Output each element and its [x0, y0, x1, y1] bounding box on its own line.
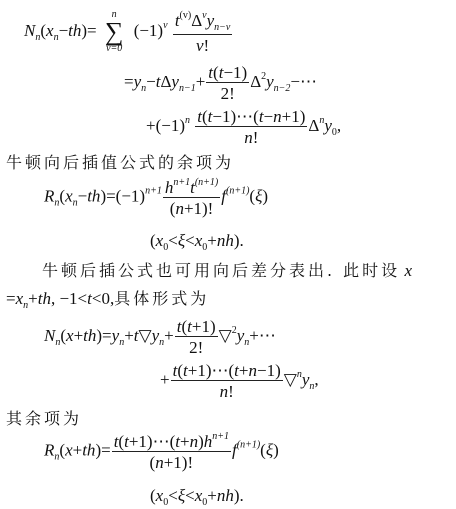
- equation-remainder-condition-1: (x0<ξ<x0+nh).: [150, 232, 244, 253]
- equation-newton-backward: Nn(xn−th)= n∑v=0 (−1)v t(v)Δvyn−vv!: [24, 10, 233, 54]
- equation-remainder-condition-2: (x0<ξ<x0+nh).: [150, 487, 244, 508]
- paragraph-remainder-intro: 牛顿向后插值公式的余项为: [6, 155, 234, 171]
- equation-remainder-forward: Rn(x+th)=t(t+1)⋯(t+n)hn+1(n+1)!f(n+1)(ξ): [44, 432, 279, 471]
- paragraph-backward-difference-cont: =xn+th, −1<t<0,具体形式为: [6, 290, 209, 311]
- equation-newton-nabla: Nn(x+th)=yn+t▽yn+t(t+1)2!▽2yn+⋯: [44, 318, 276, 356]
- equation-remainder-backward: Rn(xn−th)=(−1)n+1hn+1t(n+1)(n+1)!f(n+1)(…: [44, 178, 268, 217]
- paragraph-backward-difference: 牛顿后插公式也可用向后差分表出. 此时设 x: [42, 262, 412, 279]
- equation-nabla-expansion: +t(t+1)⋯(t+n−1)n!▽nyn,: [160, 362, 319, 400]
- equation-expansion-line-2: +(−1)n t(t−1)⋯(t−n+1)n!Δny0,: [146, 108, 341, 146]
- equation-expansion-line-1: =yn−tΔyn−1+t(t−1)2!Δ2yn−2−⋯: [124, 64, 317, 102]
- paragraph-its-remainder: 其余项为: [6, 411, 82, 427]
- summation-symbol: n∑v=0: [105, 10, 124, 54]
